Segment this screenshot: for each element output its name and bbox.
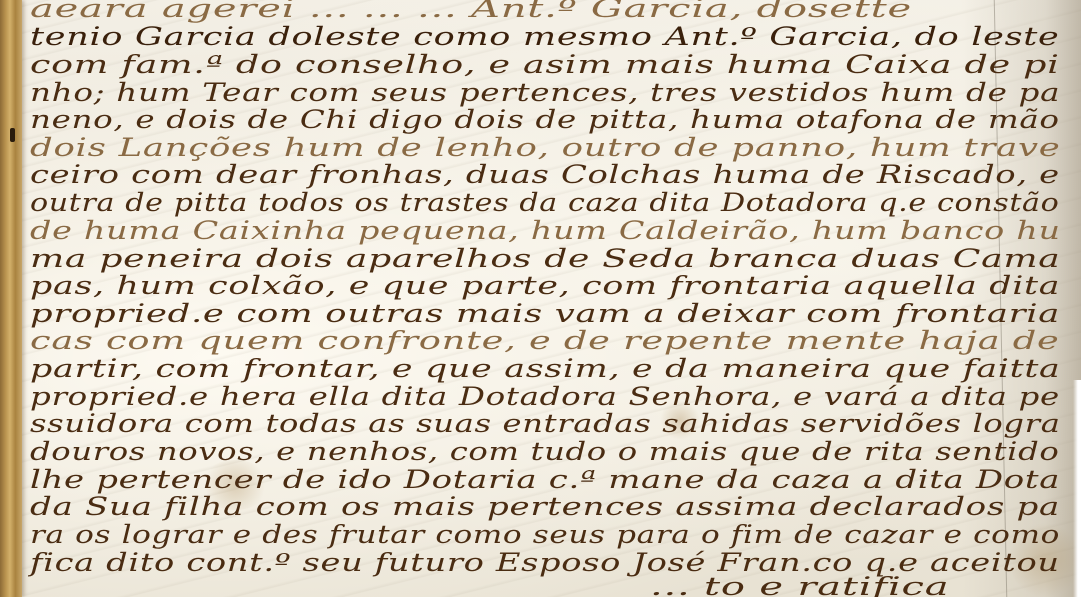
manuscript-line: outra de pitta todos os trastes da caza … (30, 188, 1059, 217)
manuscript-line: de huma Caixinha pequena, hum Caldeirão,… (30, 216, 1061, 245)
book-binding-edge (0, 0, 22, 597)
manuscript-line: ceiro com dear fronhas, duas Colchas hum… (30, 160, 1060, 189)
manuscript-line: da Sua filha com os mais pertences assim… (30, 492, 1060, 521)
manuscript-line: ssuidora com todas as suas entradas sahi… (30, 409, 1061, 438)
manuscript-line: propried.e hera ella dita Dotadora Senho… (30, 382, 1060, 411)
manuscript-line: nho; hum Tear com seus pertences, tres v… (30, 78, 1060, 107)
manuscript-line: ma peneira dois aparelhos de Seda branca… (30, 244, 1060, 273)
manuscript-line: ... to e ratifica (650, 572, 949, 597)
manuscript-line: partir, com frontar, e que assim, e da m… (30, 354, 1061, 383)
manuscript-page: aeara agerei ... ... ... Ant.º Garcia, d… (0, 0, 1081, 597)
page-right-edge (1073, 380, 1081, 597)
manuscript-line: cas com quem confronte, e de repente men… (30, 326, 1060, 355)
manuscript-line: ra os lograr e des frutar como seus para… (30, 520, 1060, 549)
binding-ink-mark (10, 128, 15, 142)
manuscript-line: douros novos, e nenhos, com tudo o mais … (30, 437, 1059, 466)
manuscript-line: lhe pertencer de ido Dotaria c.ª mane da… (30, 465, 1060, 494)
manuscript-line: propried.e com outras mais vam a deixar … (30, 299, 1060, 328)
manuscript-line: com fam.ª do conselho, e asim mais huma … (30, 50, 1060, 79)
manuscript-line: neno, e dois de Chi digo dois de pitta, … (30, 105, 1060, 134)
manuscript-line: tenio Garcia doleste como mesmo Ant.º Ga… (30, 22, 1059, 51)
manuscript-line: pas, hum colxão, e que parte, com fronta… (30, 271, 1060, 300)
manuscript-line: aeara agerei ... ... ... Ant.º Garcia, d… (30, 0, 912, 23)
manuscript-line: dois Lanções hum de lenho, outro de pann… (30, 133, 1061, 162)
